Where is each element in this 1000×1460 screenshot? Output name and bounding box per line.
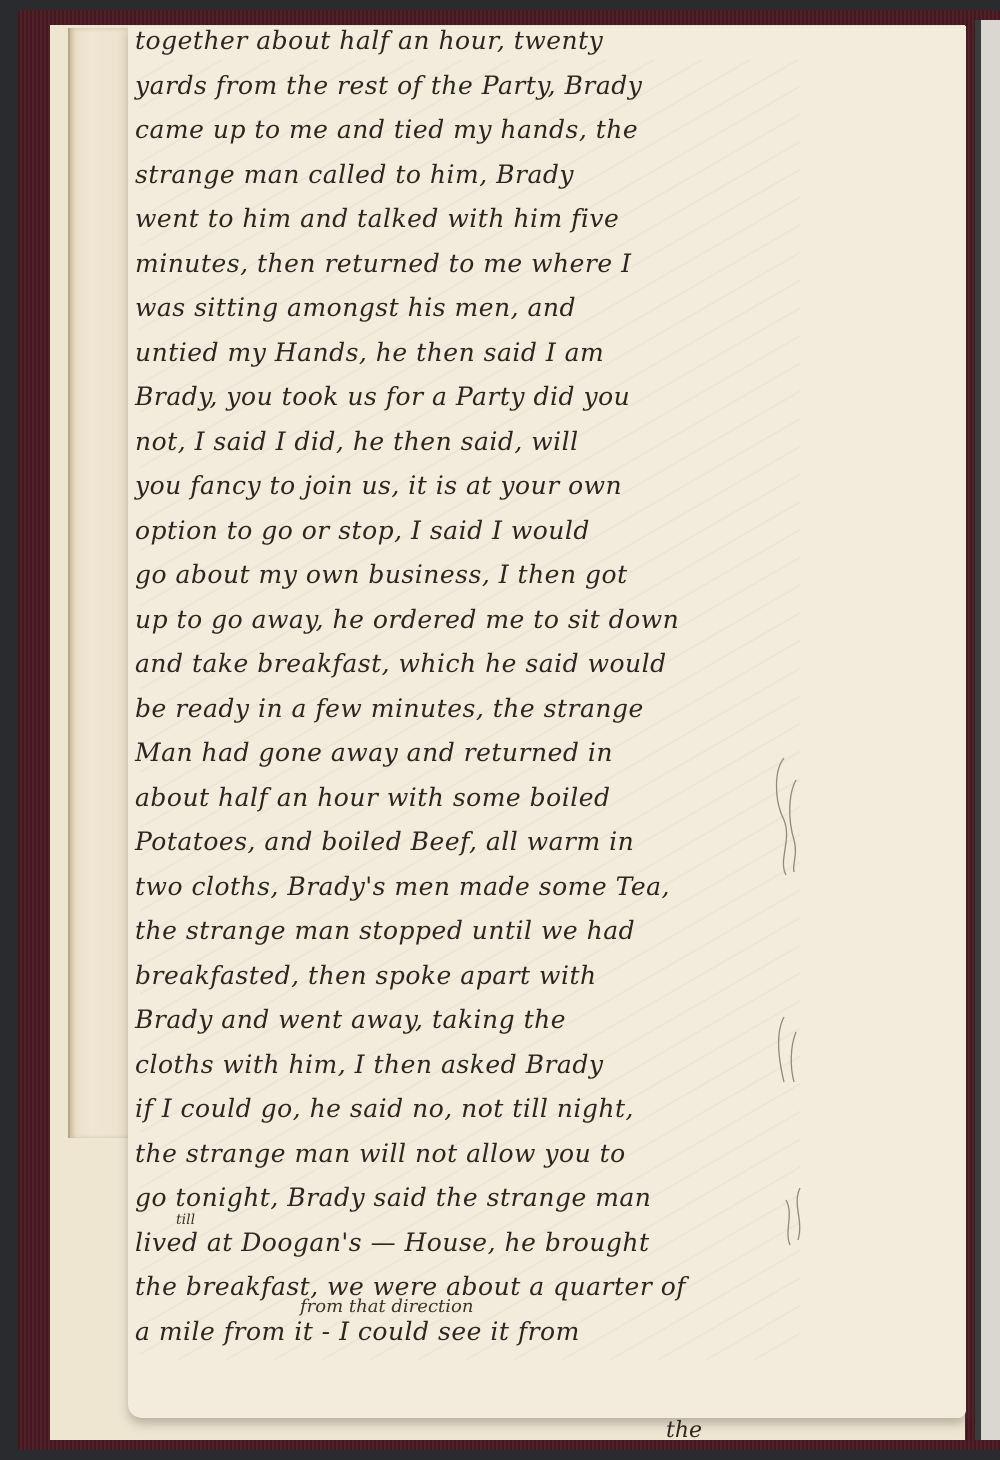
text-line: if I could go, he said no, not till nigh…	[135, 1082, 835, 1127]
text-line: together about half an hour, twenty	[135, 14, 835, 59]
text-line: went to him and talked with him five	[135, 192, 835, 237]
text-line: the strange man stopped until we had	[135, 904, 835, 949]
manuscript-text: together about half an hour, twenty yard…	[135, 14, 835, 1349]
text-line: not, I said I did, he then said, will	[135, 415, 835, 460]
text-line: about half an hour with some boiled	[135, 771, 835, 816]
pencil-bracket-icon	[780, 1180, 810, 1250]
text-line: a mile from it - I could see it from	[135, 1305, 835, 1350]
text-line: option to go or stop, I said I would	[135, 504, 835, 549]
text-line: strange man called to him, Brady	[135, 148, 835, 193]
facing-page-edge	[981, 20, 1000, 1440]
text-line: minutes, then returned to me where I	[135, 237, 835, 282]
text-line: the breakfast, we were about a quarter o…	[135, 1260, 835, 1305]
pencil-bracket-icon	[772, 1012, 802, 1087]
text-line: and take breakfast, which he said would	[135, 637, 835, 682]
text-line: lived at Doogan's — House, he brought	[135, 1216, 835, 1261]
text-line: the strange man will not allow you to	[135, 1127, 835, 1172]
text-line: Man had gone away and returned in	[135, 726, 835, 771]
text-line: untied my Hands, he then said I am	[135, 326, 835, 371]
pencil-bracket-icon	[770, 750, 800, 880]
text-line: breakfasted, then spoke apart with	[135, 949, 835, 994]
text-line: you fancy to join us, it is at your own	[135, 459, 835, 504]
interlinear-insertion: from that direction	[300, 1296, 473, 1317]
text-line: came up to me and tied my hands, the	[135, 103, 835, 148]
text-line: Brady, you took us for a Party did you	[135, 370, 835, 415]
text-line: Potatoes, and boiled Beef, all warm in	[135, 815, 835, 860]
text-line: yards from the rest of the Party, Brady	[135, 59, 835, 104]
text-line: Brady and went away, taking the	[135, 993, 835, 1038]
text-line: up to go away, he ordered me to sit down	[135, 593, 835, 638]
catchword: the	[666, 1418, 702, 1443]
superscript-correction: till	[176, 1212, 195, 1228]
text-line: was sitting amongst his men, and	[135, 281, 835, 326]
text-line: cloths with him, I then asked Brady	[135, 1038, 835, 1083]
text-line: two cloths, Brady's men made some Tea,	[135, 860, 835, 905]
text-line: go about my own business, I then got	[135, 548, 835, 593]
text-line: be ready in a few minutes, the strange	[135, 682, 835, 727]
text-line: go tonight, Brady said the strange man	[135, 1171, 835, 1216]
